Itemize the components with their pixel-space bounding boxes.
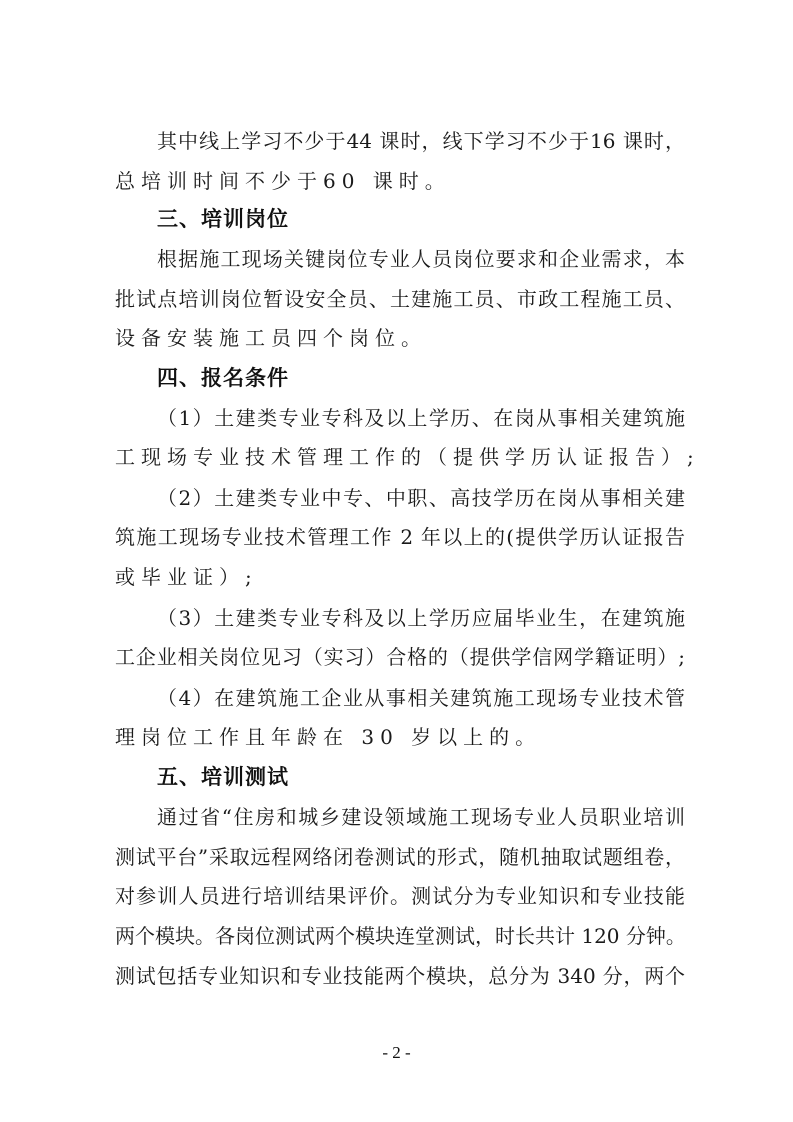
- paragraph-line: 设备安装施工员四个岗位。: [115, 323, 685, 353]
- paragraph-line: 通过省“住房和城乡建设领域施工现场专业人员职业培训: [157, 802, 685, 832]
- paragraph-line: 批试点培训岗位暂设安全员、土建施工员、市政工程施工员、: [115, 284, 685, 314]
- paragraph-line: 测试平台”采取远程网络闭卷测试的形式，随机抽取试题组卷，: [115, 842, 685, 872]
- paragraph-line: 两个模块。各岗位测试两个模块连堂测试，时长共计 120 分钟。: [115, 921, 685, 951]
- section-heading-5: 五、培训测试: [157, 762, 289, 792]
- paragraph-line: 根据施工现场关键岗位专业人员岗位要求和企业需求，本: [157, 244, 685, 274]
- paragraph-line: 或毕业证）;: [115, 562, 685, 592]
- document-page: 其中线上学习不少于44 课时，线下学习不少于16 课时， 总培训时间不少于60 …: [0, 0, 793, 1122]
- paragraph-line: 总培训时间不少于60 课时。: [115, 166, 685, 196]
- paragraph-line: 工企业相关岗位见习（实习）合格的（提供学信网学籍证明）;: [115, 642, 685, 672]
- paragraph-line: 工现场专业技术管理工作的（提供学历认证报告）;: [115, 442, 685, 472]
- paragraph-line: （3）土建类专业专科及以上学历应届毕业生，在建筑施: [157, 603, 685, 633]
- paragraph-line: （2）土建类专业中专、中职、高技学历在岗从事相关建: [157, 483, 685, 513]
- section-heading-4: 四、报名条件: [157, 363, 289, 393]
- paragraph-line: （1）土建类专业专科及以上学历、在岗从事相关建筑施: [157, 403, 685, 433]
- paragraph-line: 对参训人员进行培训结果评价。测试分为专业知识和专业技能: [115, 881, 685, 911]
- paragraph-line: 理岗位工作且年龄在 30 岁以上的。: [115, 722, 685, 752]
- paragraph-line: （4）在建筑施工企业从事相关建筑施工现场专业技术管: [157, 683, 685, 713]
- paragraph-line: 测试包括专业知识和专业技能两个模块，总分为 340 分，两个: [115, 961, 685, 991]
- paragraph-line: 筑施工现场专业技术管理工作 2 年以上的(提供学历认证报告: [115, 522, 685, 552]
- page-number: - 2 -: [0, 1043, 793, 1063]
- section-heading-3: 三、培训岗位: [157, 204, 289, 234]
- paragraph-line: 其中线上学习不少于44 课时，线下学习不少于16 课时，: [157, 126, 685, 156]
